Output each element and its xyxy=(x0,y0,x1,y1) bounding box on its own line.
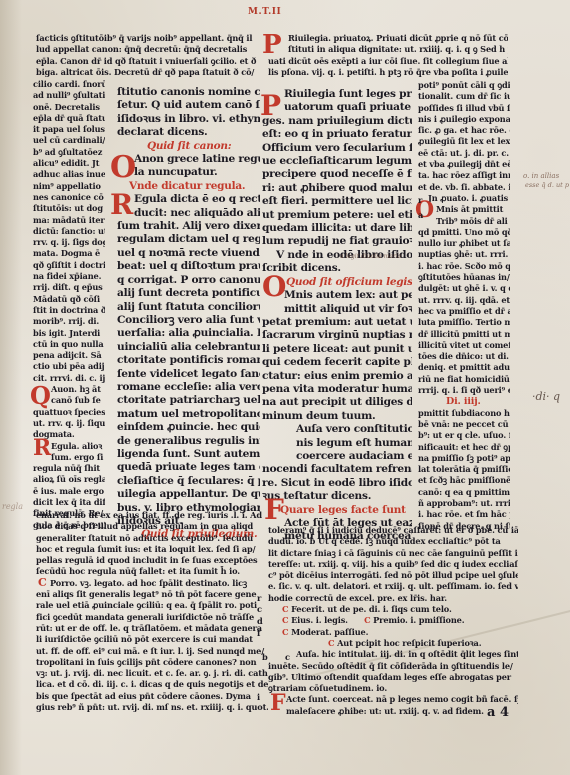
gloss-line: lis pſona. vij. q. i. petiſti. h ptꝫ rō … xyxy=(268,67,508,78)
gloss-line: luta pmiſſio. Tertio mō xyxy=(418,317,510,328)
gloss-line: tionalit. cum dr̄ ſic iuſte xyxy=(418,91,510,102)
gloss-line: gius reb⁹ ñ pn̄t: ut. rvij. di. mſ ns. e… xyxy=(36,702,268,713)
gloss-line: ſtitutōis: ut dog xyxy=(33,203,105,214)
initial-letter-p: P xyxy=(260,89,281,122)
gloss-line: poti⁹ ponūt cāli q ꝯdi xyxy=(418,80,510,91)
gloss-line: Acte ſunt. coerceat. nā p leges nemo cog… xyxy=(268,694,518,705)
gloss-line: i. hac rōe. Scðo mō qð xyxy=(418,261,510,272)
text-line: ducit: nec aliquādo alioꝛ xyxy=(117,207,260,220)
right-gloss-column: poti⁹ ponūt cāli q ꝯdi tionalit. cum dr̄… xyxy=(418,80,510,532)
text-line: ut premium petere: uel etiam xyxy=(262,209,412,222)
handwritten-marginal-note: ·di· q xyxy=(532,390,560,403)
text-line: quedam illicita: ut dare libel/ xyxy=(262,222,412,235)
gloss-line: b⁹: ut er q cle. uſuo. ſig/ xyxy=(418,430,510,441)
text-line: precipere quod neceſſe ē fie/ xyxy=(262,168,412,181)
note-letter: c xyxy=(285,652,290,663)
main-text-column-1: ſtitutio canonis nomine cen/ ſetur. Q ui… xyxy=(117,86,260,542)
rubric-heading: Quid ſit canon: xyxy=(117,140,260,153)
paragraph-mark: C xyxy=(364,615,370,625)
gloss-text: Aut pcipit hoc reſpicit ſuperioꝛa. xyxy=(337,638,481,648)
main-text-column-2: Riuilegia ſunt leges pri/ uatorum quaſi … xyxy=(262,88,412,544)
gloss-line: nificauit: et hec dr̄ ꝯpati xyxy=(418,442,510,453)
gloss-line: dulgēt: ut ꝯhē i. v. q du: xyxy=(418,283,510,294)
text-line: ſente videlicet legato ſancte xyxy=(117,368,260,381)
gloss-line: alicu⁹ edidit. Jt xyxy=(33,158,105,169)
text-line: ctatur: eius enim premio aut xyxy=(262,370,412,383)
gloss-text: Moderat. paſſiue. xyxy=(291,627,368,637)
gloss-line: bē vnā: ne peccet cū plī xyxy=(418,419,510,430)
text-line: qui cedem fecerit capite ple/ xyxy=(262,356,412,369)
gloss-line: pmittit ſubdiacono ha xyxy=(418,408,510,419)
text-line: nocendi facultatem refrena xyxy=(262,463,412,476)
text-line: coercere audaciam et xyxy=(262,450,412,463)
gloss-line: enarrat. nō ut ex ea ius fiat. ff. de re… xyxy=(36,510,268,521)
rubric-heading: Vnde dicatur regula. xyxy=(117,180,260,193)
manuscript-page: M.T.II ſacticis ꝯſtitutōib⁹ q̄ varijs no… xyxy=(0,0,570,775)
rubric-heading: Quare leges facte ſunt xyxy=(262,504,412,517)
gloss-line: Porro. vꝫ. legato. ad hoc ſpālit destina… xyxy=(36,578,268,589)
bottom-gloss-right: toleram⁹ q̄ ſi i iudiciū deducē⁹ caſſarē… xyxy=(268,525,518,717)
gloss-line: rrv. q. ij. ſigs dog xyxy=(33,237,105,248)
paragraph-mark: C xyxy=(282,627,288,637)
gloss-line: Auſa. hic intitulat. iij. di. in q oſtēd… xyxy=(268,649,518,660)
paragraph-mark: C xyxy=(282,615,288,625)
gloss-line: biga. altricat ōis. Decretū dr̄ qð papa … xyxy=(36,67,258,78)
gloss-line: nullo iur ꝓhibet ut ſas xyxy=(418,238,510,249)
gloss-line: ſtituti in aliqua dignitate: ut. rxiiij.… xyxy=(268,44,508,55)
gloss-line: lit dictare ſniaꝫ i cā ſāguinis cū nec c… xyxy=(268,548,518,559)
bottom-gloss-left: enarrat. nō ut ex ea ius fiat. ff. de re… xyxy=(36,510,268,713)
gloss-line: ꝓuilegiū ſit lex et lex dꝫ xyxy=(418,136,510,147)
initial-letter-r: R xyxy=(33,435,51,461)
text-line: uincialiū alia celebrantur au/ xyxy=(117,341,260,354)
gloss-line: nes canonice cō xyxy=(33,192,105,203)
gloss-line: it papa uel ſolus xyxy=(33,124,105,135)
gloss-line: Riuilegia. priuatoꝝ. Priuati dicūt ꝓprie… xyxy=(268,33,508,44)
text-line: mittit aliquid ut vir foꝛtis xyxy=(262,303,412,316)
gloss-line: tereſſe: ut. rxiij. q. viij. his a quib⁹… xyxy=(268,559,518,570)
left-gloss-column: cilio cardi. ſnorū ad nulli⁹ ꝯſultati on… xyxy=(33,79,105,531)
text-line: alij ſunt decreta pontificum: xyxy=(117,287,260,300)
gloss-line: bis que ſpectāt ad eius pn̄t cōdere cāon… xyxy=(36,691,268,702)
text-line: iſidoꝛus in libro. vi. ethymol. xyxy=(117,113,260,126)
text-line: uatorum quaſi priuate le/ xyxy=(262,101,412,114)
text-line: alij ſunt ſtatuta conciliorum. xyxy=(117,301,260,314)
gloss-line: canō: q ea q pmittimus xyxy=(418,487,510,498)
gloss-line: tōes die dn̄ico: ut di. iij xyxy=(418,351,510,362)
gloss-line: et ſcðꝫ hāc pmiſſionē dr̄ xyxy=(418,475,510,486)
initial-letter-r: R xyxy=(110,188,133,221)
gloss-line: ad nulli⁹ ꝯſultati xyxy=(33,90,105,101)
gloss-line: illicitū vitet ut comeſſa/ xyxy=(418,340,510,351)
gloss-line: cilio cardi. ſnorū xyxy=(33,79,105,90)
gloss-line: ñ approbam⁹: ut. rrri. q xyxy=(418,498,510,509)
gloss-line: Mādatū qð cōſi xyxy=(33,294,105,305)
gloss-line: na pmiſſio ſꝫ poti⁹ appl xyxy=(418,453,510,464)
gloss-line: nim⁹ appellatio xyxy=(33,181,105,192)
gloss-line: dicit lex q̄ ita dif xyxy=(33,497,105,508)
text-line: uel q noꝛmā recte viuendi ꝓ/ xyxy=(117,247,260,260)
gloss-line: ſacticis ꝯſtitutōib⁹ q̄ varijs noib⁹ app… xyxy=(36,33,258,44)
gloss-line: C Moderat. paſſiue. xyxy=(268,627,518,638)
gloss-line: dr̄ illicitū pmitti ut magi xyxy=(418,329,510,340)
text-line: quedā priuate leges tam ec/ xyxy=(117,461,260,474)
text-line: beat: uel q diſtoꝛtum prauum xyxy=(117,260,260,273)
gloss-line: uati dicūt oēs exēpti a iur cōi ſiue. ſi… xyxy=(268,56,508,67)
text-line: de generalibus regulis intel xyxy=(117,435,260,448)
gloss-line: et vba ꝓuilegij dn̄t eē ē xyxy=(418,159,510,170)
gloss-line: i. hac rōe. et ſm hāc pmi xyxy=(418,509,510,520)
note-letter: f xyxy=(257,628,260,639)
gloss-line: ſic. ꝓ ga. et hac rōe. q ct̄i xyxy=(418,125,510,136)
text-line: minum deum tuum. xyxy=(262,410,412,423)
gloss-line: fici ꝯcedūt mandata generali iuriſdictōe… xyxy=(36,612,268,623)
gloss-line: rrrij. q. i. ſi qð ueri⁹ et xyxy=(418,385,510,396)
gloss-line: C Aut pcipit hoc reſpicit ſuperioꝛa. xyxy=(268,638,518,649)
signature-mark: a 4 xyxy=(487,705,509,720)
page-edge-shadow xyxy=(0,0,22,775)
gloss-line: ſtit in doctrina ð xyxy=(33,305,105,316)
gloss-text: Fecerit. ut de pe. di. i. ſiqs cum telo. xyxy=(291,604,452,614)
gloss-line: li iuriſdictōe ꝯciliū nō pōt exercere is… xyxy=(36,634,268,645)
note-letter: c xyxy=(257,604,262,615)
gloss-text: Eius. i. legis. xyxy=(291,615,348,625)
gloss-line: ep̄la dr̄ quā ſtatu xyxy=(33,113,105,124)
text-line: Egula dicta ē eo q recte xyxy=(117,193,260,206)
gloss-line: riū ne fiat homicidiū: ut xyxy=(418,374,510,385)
text-line: ſtitutio canonis nomine cen/ xyxy=(117,86,260,99)
note-letter: a xyxy=(418,210,423,221)
text-line: Conciliorꝫ vero alia ſunt vni xyxy=(117,314,260,327)
gloss-line: vꝫ: ut. j. rvij. di. nec licuit. et c. ſ… xyxy=(36,668,268,679)
text-line: ctoritate patriarcharꝫ uel pri xyxy=(117,394,260,407)
gloss-line: bis igit. Jnterdi xyxy=(33,328,105,339)
text-line: ꝛus teſtatur dicens. xyxy=(262,490,412,503)
gloss-line: regula nūq̄ ſhit xyxy=(33,463,105,474)
paragraph-mark: C xyxy=(328,638,334,648)
gloss-line: generaliter ſtatuit nō adiūctis exceptōi… xyxy=(36,533,268,544)
gloss-line: toleram⁹ q̄ ſi i iudiciū deducē⁹ caſſarē… xyxy=(268,525,518,536)
handwritten-marginal-note: a legit diuolia maria xyxy=(340,253,401,260)
note-letter: d xyxy=(257,616,263,627)
gloss-line: ē ius. male ergo xyxy=(33,486,105,497)
handwritten-marginal-note: o. in allias xyxy=(523,172,559,180)
gloss-line: ta. hac rōez aſſigt inno. xyxy=(418,170,510,181)
text-line: ſacrarum virginū nuptias nul xyxy=(262,329,412,342)
gloss-line: alioꝝ ſū oīs regla xyxy=(33,474,105,485)
gloss-line: nis i ꝓuilegio exponas xyxy=(418,114,510,125)
gloss-line: c⁹ pōt dicēius interrogāti. ſed nō pōt i… xyxy=(268,570,518,581)
note-letter: i xyxy=(257,692,260,703)
text-line: uilegia appellantur. De qui/ xyxy=(117,488,260,501)
gloss-line: hec va pmiſſio et dr̄ abſo xyxy=(418,306,510,317)
text-line: na aut precipit ut diliges do/ xyxy=(262,396,412,409)
text-line: ri: aut ꝓhibere quod malum xyxy=(262,182,412,195)
top-gloss-left: ſacticis ꝯſtitutōib⁹ q̄ varijs noib⁹ app… xyxy=(36,33,258,78)
text-line: cleſiaſtice q̄ ſeculares: q̄ pri/ xyxy=(117,475,260,488)
text-line: pena vita moderatur huma/ xyxy=(262,383,412,396)
gloss-line: ꝯſtitutōes hūanas in/ xyxy=(418,272,510,283)
text-line: ligenda ſunt. Sunt autem xyxy=(117,448,260,461)
text-line: uerſalia: alia ꝓuincialia. Pro xyxy=(117,327,260,340)
gloss-line: ctio ubi pēa adij xyxy=(33,361,105,372)
gloss-line: ut. rrrv. q. iij. qdā. et eſt xyxy=(418,295,510,306)
text-line: li petere liceat: aut punit ut xyxy=(262,343,412,356)
gloss-line: eē ctā: ut. j. di. pr. c. erit xyxy=(418,148,510,159)
text-line: re. Sicut in eodē libro iſido/ xyxy=(262,477,412,490)
gloss-line: dudū. io. b Ut q cedē. ſꝫ nūqd iudex ecc… xyxy=(268,536,518,547)
text-line: nis legum eſt humanā xyxy=(262,437,412,450)
paragraph-mark: C xyxy=(282,604,288,614)
text-line: petat premium: aut uetat ut xyxy=(262,316,412,329)
gloss-line: ut. rrv. q. ij. ſiquis xyxy=(33,418,105,429)
gloss-line: b⁹ ad ꝯſultatōez xyxy=(33,147,105,158)
text-line: ctoritate pontificis romani ꝓ xyxy=(117,354,260,367)
gloss-line: qd pmitti. Uno mō qð xyxy=(418,227,510,238)
gloss-line: ꝯtrariam cōſuetudinem. io. xyxy=(268,683,518,694)
gloss-line: gib⁹. Ultimo oſtendit quaſdam leges eſſe… xyxy=(268,672,518,683)
gloss-line: mata. Dogma ē xyxy=(33,248,105,259)
text-line: eſt: eo q in priuato feratur. xyxy=(262,128,412,141)
text-line: romane eccleſie: alia vero au xyxy=(117,381,260,394)
text-line: Riuilegia ſunt leges pri/ xyxy=(262,88,412,101)
gloss-line: nuptias ꝯhē: ut. rrri. q. xyxy=(418,249,510,260)
gloss-line: poſſides ſi illud vbū ſue xyxy=(418,103,510,114)
text-line: ſum trahit. Alij vero dixerūt xyxy=(117,220,260,233)
gloss-line: maleſacere ꝓhibe: ut: ut. rxiij. q. v. a… xyxy=(268,706,518,717)
gloss-line: tropolitani in ſuis ꝯcilijs pn̄t cōdere … xyxy=(36,657,268,668)
gloss-line: hoc dicas q ſi illud appellas regulam in… xyxy=(36,521,268,532)
handwritten-marginal-note: esse q̄ d. ut p xyxy=(525,181,569,189)
text-line: lum repudij ne fiat grauioꝛa. xyxy=(262,235,412,248)
gloss-line: ma: mādatū iter xyxy=(33,215,105,226)
text-line: ue eccleſiaſticarum legum eſt xyxy=(262,155,412,168)
gloss-line: C Eius. i. legis. C Premio. i. pmiſſione… xyxy=(268,615,518,626)
gloss-line: lud appellat canon: q̄nq̄ decretū: q̄nq̄… xyxy=(36,44,258,55)
initial-letter-q: Q xyxy=(30,381,51,410)
gloss-line: rale uel etiā ꝓuinciale ꝯciliū: q ea. q̄… xyxy=(36,600,268,611)
folio-header: M.T.II xyxy=(248,7,281,17)
gloss-line: uel cū cardinali/ xyxy=(33,135,105,146)
gloss-line: inuēte. Secūdo oſtēdit q̄ ſit cōſiderāda… xyxy=(268,661,518,672)
gloss-line: na fidei xp̄iane. xyxy=(33,271,105,282)
text-line: q corrigat. P orro canonum xyxy=(117,274,260,287)
text-line: einſdem ꝓuincie. hec quidē xyxy=(117,421,260,434)
gloss-line: rrij. diſt. q ep̄us xyxy=(33,282,105,293)
gloss-line: ep̄la. Canon dr̄ id qð ſtatuit i vniuerſ… xyxy=(36,56,258,67)
text-line: ges. nam priuilegium dictum xyxy=(262,115,412,128)
gloss-line: morib⁹. rrij. di. xyxy=(33,316,105,327)
gloss-line: et de. vb. ſi. abbate. io. xyxy=(418,182,510,193)
initial-letter-f: F xyxy=(270,690,286,716)
gloss-line: lica. et d cō. di. iij. c. i. dicas q de… xyxy=(36,679,268,690)
note-letter: r xyxy=(257,593,261,604)
gloss-line: pellas regulā id quod includit in ſe ſua… xyxy=(36,555,268,566)
gloss-line: dictū: ſanctio: ut xyxy=(33,226,105,237)
top-gloss-right: Riuilegia. priuatoꝝ. Priuati dicūt ꝓprie… xyxy=(268,33,508,78)
gloss-line: hodie correctū de excel. pre. ex lr̄is. … xyxy=(268,593,518,604)
text-line: eſt fieri. permittere uel licita xyxy=(262,195,412,208)
gloss-line: hoc et regula ſumit ius: et ita loquit l… xyxy=(36,544,268,555)
note-letter: r xyxy=(418,195,422,206)
gloss-line: lat tolerātia q̄ pmiſſio xyxy=(418,464,510,475)
rubric-distinctio: Di. iiij. xyxy=(418,396,510,407)
gloss-line: C Fecerit. ut de pe. di. i. ſiqs cum tel… xyxy=(268,604,518,615)
gloss-line: rūt: ut er de off. le. q trāſlatōem. et … xyxy=(36,623,268,634)
gloss-line: onē. Decretalis xyxy=(33,102,105,113)
text-line: la nuncupatur. xyxy=(117,166,260,179)
handwritten-marginal-note: regla xyxy=(2,502,23,511)
gloss-line: e. ſic. v. q. ult. delatori. et rxiij. q… xyxy=(268,581,518,592)
text-line: Officium vero ſecularium ſi/ xyxy=(262,142,412,155)
gloss-line: ſecūdū hoc regula nūq̄ fallet: et ita ſu… xyxy=(36,566,268,577)
gloss-line: qð ꝯſiſtit i doctri xyxy=(33,260,105,271)
gloss-line: adhuc alias inue xyxy=(33,169,105,180)
gloss-line: enī aliqs ſit generalis legat⁹ nō tn̄ pō… xyxy=(36,589,268,600)
text-line: Auſa vero conſtitutio xyxy=(262,423,412,436)
note-letter: b xyxy=(262,652,268,663)
gloss-text: Premio. i. pmiſſione. xyxy=(373,615,464,625)
gloss-line: ut. ff. de off. ei⁹ cui mā. e ſt iur. l.… xyxy=(36,646,268,657)
gloss-line: ctū in quo nulla xyxy=(33,339,105,350)
text-line: ſetur. Q uid autem canō ſit xyxy=(117,99,260,112)
text-line: matum uel metropolitanorꝫ xyxy=(117,408,260,421)
text-line: regulam dictam uel q regat xyxy=(117,233,260,246)
initial-letter-o: O xyxy=(262,270,286,303)
text-line: declarat dicens. xyxy=(117,126,260,139)
paragraph-mark: C xyxy=(38,576,47,589)
initial-letter-o: O xyxy=(110,150,136,185)
gloss-line: deniq. et pmittit adulte xyxy=(418,362,510,373)
text-line: Anon grece latine regu/ xyxy=(117,153,260,166)
gloss-line: pena adijcit. Sā xyxy=(33,350,105,361)
